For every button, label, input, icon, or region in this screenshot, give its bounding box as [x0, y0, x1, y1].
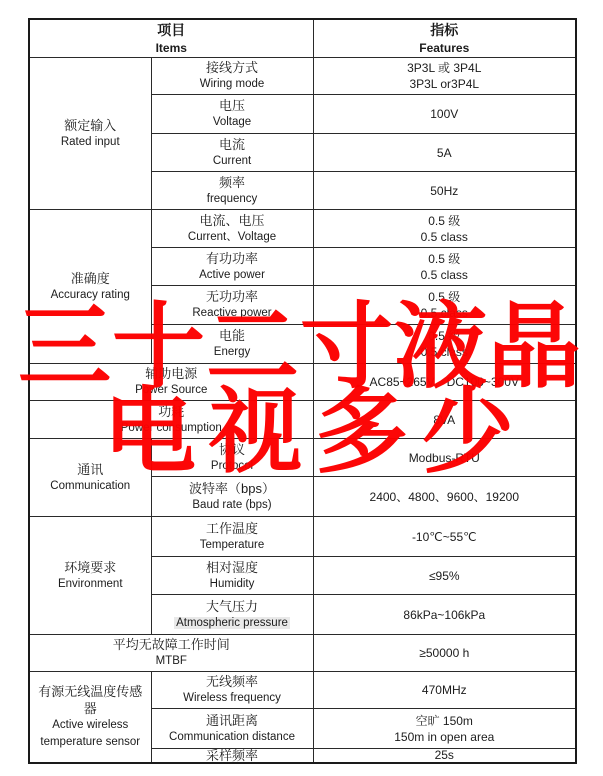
frequency-zh: 频率: [154, 174, 311, 191]
current-voltage-value: 0.5 级 0.5 class: [313, 210, 576, 248]
mtbf-value: ≥50000 h: [313, 635, 576, 672]
wiring-mode-value: 3P3L 或 3P4L 3P3L or3P4L: [313, 58, 576, 95]
sampling-frequency-label: 采样频率: [151, 749, 313, 764]
communication-en: Communication: [32, 478, 149, 495]
consumption-en: Power consumption: [32, 420, 311, 437]
humidity-en: Humidity: [154, 576, 311, 593]
header-features-cell: 指标 Features: [313, 19, 576, 58]
wiring-mode-label: 接线方式 Wiring mode: [151, 58, 313, 95]
energy-en: Energy: [154, 344, 311, 361]
energy-value: 0.5 级 0.5 class: [313, 325, 576, 364]
active-power-zh: 有功功率: [154, 250, 311, 267]
frequency-label: 频率 frequency: [151, 172, 313, 210]
comm-distance-label: 通讯距离 Communication distance: [151, 709, 313, 749]
comm-distance-value: 空旷 150m 150m in open area: [313, 709, 576, 749]
temperature-label: 工作温度 Temperature: [151, 517, 313, 557]
active-power-value: 0.5 级 0.5 class: [313, 248, 576, 286]
comm-distance-zh: 通讯距离: [154, 712, 311, 729]
specification-table: 项目 Items 指标 Features 额定输入 Rated input 接线…: [28, 18, 577, 764]
pressure-value: 86kPa~106kPa: [313, 595, 576, 635]
row-protocol: 通讯 Communication 协议 Protocol Modbus-RTU: [29, 439, 576, 477]
header-items-cell: 项目 Items: [29, 19, 313, 58]
wiring-mode-en: Wiring mode: [154, 76, 311, 93]
consumption-value: 8VA: [313, 401, 576, 439]
wiring-mode-zh: 接线方式: [154, 59, 311, 76]
reactive-power-value-en: 0.5 class: [316, 305, 574, 321]
protocol-label: 协议 Protocol: [151, 439, 313, 477]
current-voltage-en: Current、Voltage: [154, 229, 311, 246]
sensor-en: Active wireless temperature sensor: [32, 717, 149, 751]
sampling-frequency-zh: 采样频率: [154, 749, 311, 762]
pressure-zh: 大气压力: [154, 598, 311, 615]
mtbf-zh: 平均无故障工作时间: [32, 636, 311, 653]
current-en: Current: [154, 153, 311, 170]
current-voltage-value-en: 0.5 class: [316, 229, 574, 245]
comm-distance-en: Communication distance: [154, 729, 311, 746]
current-zh: 电流: [154, 136, 311, 153]
wiring-mode-value-zh: 3P3L 或 3P4L: [316, 60, 574, 76]
energy-value-en: 0.5 class: [316, 344, 574, 360]
humidity-zh: 相对湿度: [154, 559, 311, 576]
row-current-voltage-class: 准确度 Accuracy rating 电流、电压 Current、Voltag…: [29, 210, 576, 248]
reactive-power-value-zh: 0.5 级: [316, 289, 574, 305]
section-accuracy: 准确度 Accuracy rating: [29, 210, 151, 364]
current-voltage-value-zh: 0.5 级: [316, 213, 574, 229]
current-voltage-zh: 电流、电压: [154, 212, 311, 229]
reactive-power-zh: 无功功率: [154, 288, 311, 305]
baud-rate-zh: 波特率（bps）: [154, 480, 311, 497]
voltage-en: Voltage: [154, 114, 311, 131]
accuracy-en: Accuracy rating: [32, 287, 149, 304]
humidity-value: ≤95%: [313, 557, 576, 595]
mtbf-en: MTBF: [32, 653, 311, 670]
consumption-zh: 功耗: [32, 403, 311, 420]
header-features-en: Features: [316, 40, 574, 56]
protocol-zh: 协议: [154, 441, 311, 458]
accuracy-zh: 准确度: [32, 270, 149, 287]
row-wireless-frequency: 有源无线温度传感器 Active wireless temperature se…: [29, 672, 576, 709]
active-power-label: 有功功率 Active power: [151, 248, 313, 286]
pressure-label: 大气压力 Atmospheric pressure: [151, 595, 313, 635]
frequency-value: 50Hz: [313, 172, 576, 210]
active-power-en: Active power: [154, 267, 311, 284]
pressure-en: Atmospheric pressure: [174, 617, 290, 629]
protocol-en: Protocol: [154, 458, 311, 475]
sampling-frequency-value: 25s: [313, 749, 576, 764]
communication-zh: 通讯: [32, 461, 149, 478]
section-environment: 环境要求 Environment: [29, 517, 151, 635]
baud-rate-en: Baud rate (bps): [154, 497, 311, 514]
sensor-zh: 有源无线温度传感器: [32, 683, 149, 717]
row-consumption: 功耗 Power consumption 8VA: [29, 401, 576, 439]
aux-power-en: Power Source: [32, 382, 311, 399]
baud-rate-label: 波特率（bps） Baud rate (bps): [151, 477, 313, 517]
section-rated-input: 额定输入 Rated input: [29, 58, 151, 210]
row-wiring-mode: 额定输入 Rated input 接线方式 Wiring mode 3P3L 或…: [29, 58, 576, 95]
reactive-power-label: 无功功率 Reactive power: [151, 286, 313, 325]
wiring-mode-value-en: 3P3L or3P4L: [316, 76, 574, 92]
voltage-zh: 电压: [154, 97, 311, 114]
header-items-zh: 项目: [32, 21, 311, 40]
aux-power-label: 辅助电源 Power Source: [29, 364, 313, 401]
header-items-en: Items: [32, 40, 311, 56]
consumption-label: 功耗 Power consumption: [29, 401, 313, 439]
rated-input-en: Rated input: [32, 134, 149, 151]
reactive-power-en: Reactive power: [154, 305, 311, 322]
environment-en: Environment: [32, 576, 149, 593]
energy-label: 电能 Energy: [151, 325, 313, 364]
humidity-label: 相对湿度 Humidity: [151, 557, 313, 595]
current-voltage-label: 电流、电压 Current、Voltage: [151, 210, 313, 248]
row-aux-power: 辅助电源 Power Source AC85~265V，DC100~300V: [29, 364, 576, 401]
energy-zh: 电能: [154, 327, 311, 344]
wireless-frequency-label: 无线频率 Wireless frequency: [151, 672, 313, 709]
protocol-value: Modbus-RTU: [313, 439, 576, 477]
mtbf-label: 平均无故障工作时间 MTBF: [29, 635, 313, 672]
active-power-value-zh: 0.5 级: [316, 251, 574, 267]
row-temperature: 环境要求 Environment 工作温度 Temperature -10℃~5…: [29, 517, 576, 557]
energy-value-zh: 0.5 级: [316, 328, 574, 344]
wireless-frequency-zh: 无线频率: [154, 673, 311, 690]
aux-power-zh: 辅助电源: [32, 365, 311, 382]
temperature-zh: 工作温度: [154, 520, 311, 537]
voltage-label: 电压 Voltage: [151, 95, 313, 134]
comm-distance-value-en: 150m in open area: [316, 729, 574, 745]
active-power-value-en: 0.5 class: [316, 267, 574, 283]
header-features-zh: 指标: [316, 21, 574, 40]
voltage-value: 100V: [313, 95, 576, 134]
section-communication: 通讯 Communication: [29, 439, 151, 517]
frequency-en: frequency: [154, 191, 311, 208]
aux-power-value: AC85~265V，DC100~300V: [313, 364, 576, 401]
current-value: 5A: [313, 134, 576, 172]
table-header-row: 项目 Items 指标 Features: [29, 19, 576, 58]
comm-distance-value-zh: 空旷 150m: [316, 713, 574, 729]
section-sensor: 有源无线温度传感器 Active wireless temperature se…: [29, 672, 151, 764]
environment-zh: 环境要求: [32, 559, 149, 576]
wireless-frequency-value: 470MHz: [313, 672, 576, 709]
temperature-en: Temperature: [154, 537, 311, 554]
reactive-power-value: 0.5 级 0.5 class: [313, 286, 576, 325]
temperature-value: -10℃~55℃: [313, 517, 576, 557]
rated-input-zh: 额定输入: [32, 117, 149, 134]
row-mtbf: 平均无故障工作时间 MTBF ≥50000 h: [29, 635, 576, 672]
wireless-frequency-en: Wireless frequency: [154, 690, 311, 707]
baud-rate-value: 2400、4800、9600、19200: [313, 477, 576, 517]
current-label: 电流 Current: [151, 134, 313, 172]
